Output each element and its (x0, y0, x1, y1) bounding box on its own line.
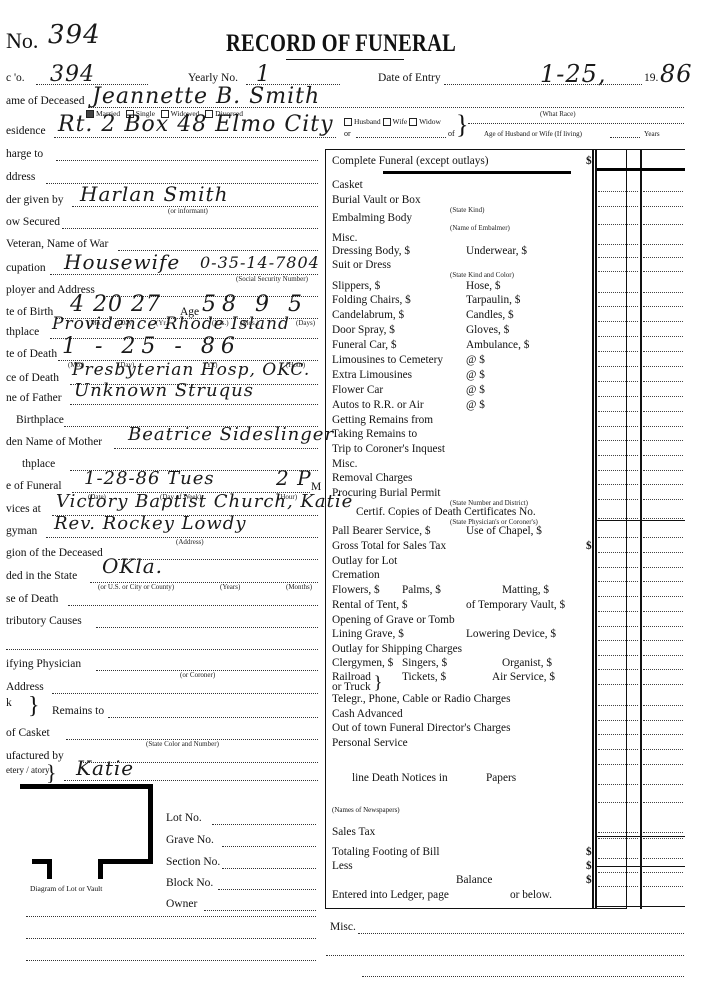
charge-sub-label: @ $ (466, 399, 485, 411)
casket-caption: (State Color and Number) (146, 740, 219, 748)
amount-cents-cell[interactable] (643, 336, 683, 337)
charge-label: Suit or Dress (332, 259, 391, 271)
spouse-options: Husband Wife Widow (344, 117, 441, 126)
amount-dollars-cell[interactable] (598, 366, 638, 367)
spouse-of: of (448, 129, 455, 138)
charge-row: Door Spray, $Gloves, $ (332, 324, 395, 336)
charge-label: Getting Remains from (332, 414, 433, 426)
date-of-entry-value: 1-25, (540, 60, 607, 88)
occupation-value: Housewife (64, 250, 180, 274)
amount-dollars-cell[interactable] (598, 596, 638, 597)
charge-caption: (State Kind and Color) (450, 271, 514, 279)
contributory-causes-field[interactable] (96, 627, 318, 628)
lot-no-label: Lot No. (166, 812, 202, 824)
clergyman-address-caption: (Address) (176, 538, 204, 546)
charge-row: Suit or Dress (332, 259, 391, 271)
charge-row: Casket (332, 179, 363, 191)
charge-label: Lining Grave, $ (332, 628, 404, 640)
charge-row: Less$ (332, 860, 353, 872)
charge-row: Railroador Truck } Tickets, $Air Service… (332, 672, 382, 692)
residence-line (54, 137, 336, 138)
charge-sub-label: @ $ (466, 384, 485, 396)
amount-dollars-cell[interactable] (598, 640, 638, 641)
charge-row: Flowers, $Palms, $Matting, $ (332, 584, 380, 596)
amount-dollars-cell[interactable] (598, 537, 638, 538)
lot-no-field[interactable] (212, 824, 316, 825)
clergyman-value: Rev. Rockey Lowdy (54, 513, 247, 534)
informant-caption: (or informant) (168, 207, 208, 215)
charge-row: Certif. Copies of Death Certificates No. (356, 506, 536, 518)
charge-label: Misc. (332, 232, 357, 244)
charge-label: Railroador Truck (332, 672, 371, 692)
services-at-value: Victory Baptist Church, Katie (56, 491, 353, 512)
charge-sub-label: Candles, $ (466, 309, 514, 321)
deceased-name-value: Jeannette B. Smith (92, 84, 320, 109)
cents-column-divider (640, 149, 642, 909)
spouse-wife[interactable]: Wife (383, 117, 408, 126)
block-no-field[interactable] (218, 889, 316, 890)
amount-cents-cell[interactable] (643, 734, 683, 735)
charge-sub-label: Lowering Device, $ (466, 628, 556, 640)
charge-sub-label: Air Service, $ (492, 672, 555, 682)
amount-cents-cell[interactable] (643, 720, 683, 721)
resided-in-state-value: OKla. (102, 554, 163, 578)
less-rule (597, 866, 685, 867)
charge-row: (Names of Newspapers) (332, 806, 400, 814)
amount-cents-cell[interactable] (643, 411, 683, 412)
charge-row: Telegr., Phone, Cable or Radio Charges (332, 693, 510, 705)
amount-dollars-cell[interactable] (598, 411, 638, 412)
place-of-death-value: Presbyterian Hosp, OKC. (72, 360, 310, 380)
charge-sub-label: Matting, $ (502, 584, 549, 596)
amount-cents-cell[interactable] (643, 838, 683, 839)
title-underline (286, 59, 404, 60)
charge-label: Door Spray, $ (332, 324, 395, 336)
charge-label: Limousines to Cemetery (332, 354, 443, 366)
amount-dollars-cell[interactable] (598, 802, 638, 803)
age-spouse-line (610, 137, 640, 138)
year-value: 86 (660, 60, 693, 88)
amount-cents-cell[interactable] (643, 581, 683, 582)
amount-cents-cell[interactable] (643, 626, 683, 627)
dollar-sign: $ (586, 540, 592, 552)
charge-to-field[interactable] (56, 160, 318, 161)
charge-sub-label: Tickets, $ (402, 672, 446, 682)
brace-icon: } (456, 112, 468, 138)
charge-row: Candelabrum, $Candles, $ (332, 309, 404, 321)
cemetery-crematory-label: etery / atory (6, 765, 49, 775)
charge-row: Burial Vault or Box (332, 194, 421, 206)
ship-label: k (6, 697, 12, 709)
amount-dollars-cell[interactable] (598, 206, 638, 207)
dollar-sign: $ (586, 860, 592, 872)
brace-icon: } (46, 762, 57, 784)
charge-sub-label: Organist, $ (502, 657, 552, 669)
charge-row: Cash Advanced (332, 708, 403, 720)
remains-to-field[interactable] (108, 717, 318, 718)
charge-sub-label: of Temporary Vault, $ (466, 599, 565, 611)
pall-bearer-rule (597, 520, 685, 521)
charge-label: Outlay for Lot (332, 555, 397, 567)
owner-label: Owner (166, 898, 197, 910)
amount-cents-cell[interactable] (643, 321, 683, 322)
amount-cents-cell[interactable] (643, 306, 683, 307)
amount-cents-cell[interactable] (643, 381, 683, 382)
charge-label: Complete Funeral (except outlays) (332, 155, 489, 167)
mother-birthplace-label: thplace (22, 458, 55, 470)
section-no-label: Section No. (166, 856, 220, 868)
casket-label: of Casket (6, 727, 50, 739)
charge-sub-label: Underwear, $ (466, 245, 527, 257)
charge-row: Outlay for Shipping Charges (332, 643, 462, 655)
amount-cents-cell[interactable] (643, 596, 683, 597)
notes-line-3[interactable] (26, 960, 316, 961)
charge-sub-label: @ $ (466, 354, 485, 366)
amount-dollars-cell[interactable] (598, 784, 638, 785)
amount-cents-cell[interactable] (643, 396, 683, 397)
charge-sub-label: Hose, $ (466, 280, 501, 292)
charge-row: Totaling Footing of Bill$ (332, 846, 439, 858)
charge-label: Cash Advanced (332, 708, 403, 720)
section-no-field[interactable] (222, 868, 316, 869)
amount-dollars-cell[interactable] (598, 720, 638, 721)
notes-line-1[interactable] (26, 916, 316, 917)
amount-dollars-cell[interactable] (598, 832, 638, 833)
order-given-by-value: Harlan Smith (80, 182, 228, 206)
misc-bottom-line-3[interactable] (362, 976, 684, 977)
charge-row: Clergymen, $Singers, $Organist, $ (332, 657, 393, 669)
spouse-husband[interactable]: Husband (344, 117, 381, 126)
cemetery-field[interactable] (64, 780, 318, 781)
amount-cents-cell[interactable] (643, 518, 683, 519)
amount-cents-cell[interactable] (643, 684, 683, 685)
amount-dollars-cell[interactable] (598, 518, 638, 519)
cause-of-death-field[interactable] (68, 605, 318, 606)
amount-cents-cell[interactable] (643, 655, 683, 656)
residence-label: esidence (6, 125, 46, 137)
father-name-value: Unknown Struqus (74, 380, 254, 401)
amount-dollars-cell[interactable] (598, 749, 638, 750)
charge-label: Rental of Tent, $ (332, 599, 408, 611)
charge-label: Cremation (332, 569, 380, 581)
amount-cents-cell[interactable] (643, 552, 683, 553)
amount-cents-cell[interactable] (643, 224, 683, 225)
charge-label: Pall Bearer Service, $ (332, 525, 431, 537)
amount-dollars-cell[interactable] (598, 440, 638, 441)
charge-row: Procuring Burial Permit (332, 487, 441, 499)
amount-cents-cell[interactable] (643, 206, 683, 207)
charge-sub-label: Gloves, $ (466, 324, 509, 336)
charge-sub-label: Ambulance, $ (466, 339, 529, 351)
amount-cents-cell[interactable] (643, 567, 683, 568)
grave-no-field[interactable] (222, 846, 316, 847)
amount-cents-cell[interactable] (643, 257, 683, 258)
charge-label: Outlay for Shipping Charges (332, 643, 462, 655)
charge-caption: (Name of Embalmer) (450, 224, 510, 232)
address-label: ddress (6, 171, 35, 183)
amount-cents-cell[interactable] (643, 669, 683, 670)
date-of-funeral-label: e of Funeral (6, 480, 62, 492)
residence-value: Rt. 2 Box 48 Elmo City (58, 112, 334, 137)
misc-bottom-line-2[interactable] (326, 955, 684, 956)
occupation-label: cupation (6, 262, 46, 274)
charge-label: Burial Vault or Box (332, 194, 421, 206)
amount-cents-cell[interactable] (643, 784, 683, 785)
date-of-birth-label: te of Birth (6, 306, 53, 318)
charge-row: Balance$ (456, 874, 492, 886)
amount-dollars-cell[interactable] (598, 838, 638, 839)
charge-row: Out of town Funeral Director's Charges (332, 722, 510, 734)
charge-label: Balance (456, 874, 492, 886)
charge-row: Sales Tax (332, 826, 375, 838)
amount-dollars-cell[interactable] (598, 705, 638, 706)
years-caption: (Years) (220, 583, 240, 591)
amount-dollars-cell[interactable] (598, 426, 638, 427)
amount-cents-cell[interactable] (643, 499, 683, 500)
charge-label: Extra Limousines (332, 369, 412, 381)
spouse-widow[interactable]: Widow (409, 117, 441, 126)
deceased-name-label: ame of Deceased (6, 95, 85, 107)
amount-cents-cell[interactable] (643, 764, 683, 765)
charge-row: Getting Remains from (332, 414, 433, 426)
charge-label: Flowers, $ (332, 584, 380, 596)
amount-dollars-cell[interactable] (598, 351, 638, 352)
lot-diagram-caption: Diagram of Lot or Vault (30, 884, 102, 893)
amount-dollars-cell[interactable] (598, 244, 638, 245)
amount-column-divider-2 (595, 149, 597, 909)
amount-dollars-cell[interactable] (598, 381, 638, 382)
amount-cents-cell[interactable] (643, 351, 683, 352)
amount-dollars-cell[interactable] (598, 567, 638, 568)
charge-row: Personal Service (332, 737, 408, 749)
dollar-sign: $ (586, 846, 592, 858)
charge-caption: (Names of Newspapers) (332, 806, 400, 814)
amount-dollars-cell[interactable] (598, 655, 638, 656)
amount-dollars-cell[interactable] (598, 872, 638, 873)
charge-label: Slippers, $ (332, 280, 380, 292)
amount-dollars-cell[interactable] (598, 499, 638, 500)
amount-cents-cell[interactable] (643, 271, 683, 272)
charge-label: Dressing Body, $ (332, 245, 410, 257)
amount-cents-cell[interactable] (643, 426, 683, 427)
amount-column-divider (592, 149, 594, 909)
brace-icon: } (28, 694, 40, 718)
age-spouse-label: Age of Husband or Wife (If living) (484, 130, 582, 138)
charge-label: Out of town Funeral Director's Charges (332, 722, 510, 734)
charge-label: Trip to Coroner's Inquest (332, 443, 445, 455)
amount-cents-cell[interactable] (643, 537, 683, 538)
days-caption: (Days) (296, 319, 315, 327)
physician-address-label: Address (6, 681, 44, 693)
charge-to-label: harge to (6, 148, 43, 160)
religion-label: gion of the Deceased (6, 547, 103, 559)
mother-maiden-name-label: den Name of Mother (6, 436, 102, 448)
charge-sub-label: @ $ (466, 369, 485, 381)
charge-label: Candelabrum, $ (332, 309, 404, 321)
physician-address-field[interactable] (52, 693, 318, 694)
record-no-label: No. (6, 28, 38, 54)
father-birthplace-label: Birthplace (16, 414, 64, 426)
amount-header-rule (597, 168, 685, 171)
amount-cents-cell[interactable] (643, 611, 683, 612)
amount-dollars-cell[interactable] (598, 611, 638, 612)
amount-dollars-cell[interactable] (598, 306, 638, 307)
notes-line-2[interactable] (26, 938, 316, 939)
date-of-death-label: te of Death (6, 348, 57, 360)
birthplace-label: thplace (6, 326, 39, 338)
dollar-sign: $ (586, 874, 592, 886)
amount-dollars-cell[interactable] (598, 764, 638, 765)
charge-row: Pall Bearer Service, $Use of Chapel, $ (332, 525, 431, 537)
amount-cents-cell[interactable] (643, 440, 683, 441)
contributory-causes-label: tributory Causes (6, 615, 82, 627)
charge-row: line Death Notices inPapers (352, 772, 448, 784)
owner-field[interactable] (204, 910, 316, 911)
place-of-death-label: ce of Death (6, 372, 59, 384)
ssn-value: 0-35-14-7804 (200, 253, 320, 272)
charge-row: Extra Limousines@ $ (332, 369, 412, 381)
coroner-caption: (or Coroner) (180, 671, 215, 679)
father-name-label: ne of Father (6, 392, 62, 404)
how-secured-field[interactable] (62, 228, 318, 229)
date-of-entry-label: Date of Entry (378, 72, 441, 84)
amount-cents-cell[interactable] (643, 872, 683, 873)
ssn-caption: (Social Security Number) (236, 275, 308, 283)
amount-dollars-cell[interactable] (598, 191, 638, 192)
amount-dollars-cell[interactable] (598, 552, 638, 553)
amount-dollars-cell[interactable] (598, 858, 638, 859)
spouse-name-line (356, 137, 446, 138)
amount-dollars-cell[interactable] (598, 684, 638, 685)
charge-label: Embalming Body (332, 212, 412, 224)
charge-row: Misc. (332, 458, 357, 470)
charge-row: Autos to R.R. or Air@ $ (332, 399, 424, 411)
blank-line[interactable] (6, 649, 318, 650)
cause-of-death-label: se of Death (6, 593, 58, 605)
how-secured-label: ow Secured (6, 216, 60, 228)
amount-dollars-cell[interactable] (598, 734, 638, 735)
misc-bottom-field[interactable] (358, 933, 684, 934)
amount-cents-cell[interactable] (643, 749, 683, 750)
father-name-field[interactable] (70, 404, 318, 405)
amount-dollars-cell[interactable] (598, 336, 638, 337)
ledger-rule (597, 906, 685, 907)
charge-row: Gross Total for Sales Tax$ (332, 540, 446, 552)
remains-to-label: Remains to (52, 705, 104, 717)
grave-no-label: Grave No. (166, 834, 214, 846)
charge-row: Funeral Car, $Ambulance, $ (332, 339, 397, 351)
amount-dollars-cell[interactable] (598, 321, 638, 322)
charge-sub-label: Tarpaulin, $ (466, 294, 520, 306)
charge-caption: (State Kind) (450, 206, 484, 214)
amount-dollars-cell[interactable] (598, 292, 638, 293)
mother-maiden-name-field[interactable] (114, 448, 318, 449)
amount-cents-cell[interactable] (643, 858, 683, 859)
amount-cents-cell[interactable] (643, 705, 683, 706)
date-of-funeral-value: 1-28-86 Tues (84, 468, 215, 489)
amount-cents-cell[interactable] (643, 366, 683, 367)
birthplace-value: Providence Rhode Island (52, 314, 290, 334)
cemetery-value: Katie (76, 756, 134, 780)
services-at-label: vices at (6, 503, 41, 515)
amount-dollars-cell[interactable] (598, 581, 638, 582)
charge-row: Removal Charges (332, 472, 412, 484)
amount-cents-cell[interactable] (643, 455, 683, 456)
amount-dollars-cell[interactable] (598, 257, 638, 258)
amount-cents-cell[interactable] (643, 292, 683, 293)
amount-cents-cell[interactable] (643, 832, 683, 833)
race-caption: (What Race) (540, 110, 576, 118)
resided-in-state-label: ded in the State (6, 570, 77, 582)
amount-dollars-cell[interactable] (598, 396, 638, 397)
charge-sub-label: Palms, $ (402, 584, 441, 596)
amount-dollars-cell[interactable] (598, 669, 638, 670)
amount-dollars-cell[interactable] (598, 626, 638, 627)
amount-dollars-cell[interactable] (598, 886, 638, 887)
charge-row: Limousines to Cemetery@ $ (332, 354, 443, 366)
year-prefix: 19. (644, 72, 658, 84)
charge-label: Misc. (332, 458, 357, 470)
funeral-hour-value: 2 P (276, 466, 312, 490)
charge-label: Flower Car (332, 384, 383, 396)
amount-cents-cell[interactable] (643, 484, 683, 485)
spouse-or: or (344, 129, 351, 138)
amount-cents-cell[interactable] (643, 640, 683, 641)
charge-label: Autos to R.R. or Air (332, 399, 424, 411)
amount-cents-cell[interactable] (643, 470, 683, 471)
amount-dollars-cell[interactable] (598, 271, 638, 272)
record-no-value: 394 (48, 20, 101, 50)
charge-sub-label: Papers (486, 772, 516, 784)
misc-bottom-label: Misc. (330, 921, 356, 933)
charge-row: Embalming Body (332, 212, 412, 224)
charge-sub-label: Singers, $ (402, 657, 447, 669)
charge-row: Dressing Body, $Underwear, $ (332, 245, 410, 257)
charge-label: Entered into Ledger, page (332, 889, 449, 901)
charge-label: Procuring Burial Permit (332, 487, 441, 499)
charge-label: Removal Charges (332, 472, 412, 484)
charge-label: Gross Total for Sales Tax (332, 540, 446, 552)
amount-dollars-cell[interactable] (598, 224, 638, 225)
clergyman-label: gyman (6, 525, 37, 537)
charge-label: Less (332, 860, 353, 872)
state-caption: (or U.S. or City or County) (98, 583, 174, 591)
amount-dollars-cell[interactable] (598, 484, 638, 485)
charge-row: Rental of Tent, $of Temporary Vault, $ (332, 599, 408, 611)
charge-row: Entered into Ledger, pageor below. (332, 889, 449, 901)
amount-cents-cell[interactable] (643, 191, 683, 192)
amount-cents-cell[interactable] (643, 886, 683, 887)
race-line (468, 123, 684, 124)
charge-label: Totaling Footing of Bill (332, 846, 439, 858)
charge-row: Cremation (332, 569, 380, 581)
age-spouse-unit: Years (644, 130, 660, 138)
brace-icon: } (374, 672, 383, 692)
amount-dollars-cell[interactable] (598, 455, 638, 456)
charge-sub-label: Use of Chapel, $ (466, 525, 542, 537)
charge-label: line Death Notices in (352, 772, 448, 784)
charge-row: Flower Car@ $ (332, 384, 383, 396)
amount-cents-cell[interactable] (643, 802, 683, 803)
veteran-war-label: Veteran, Name of War (6, 238, 108, 250)
amount-cents-cell[interactable] (643, 244, 683, 245)
amount-dollars-cell[interactable] (598, 470, 638, 471)
yearly-no-label: Yearly No. (188, 72, 238, 84)
charge-label: Funeral Car, $ (332, 339, 397, 351)
charge-row: Lining Grave, $Lowering Device, $ (332, 628, 404, 640)
charge-label: Clergymen, $ (332, 657, 393, 669)
block-no-label: Block No. (166, 877, 213, 889)
